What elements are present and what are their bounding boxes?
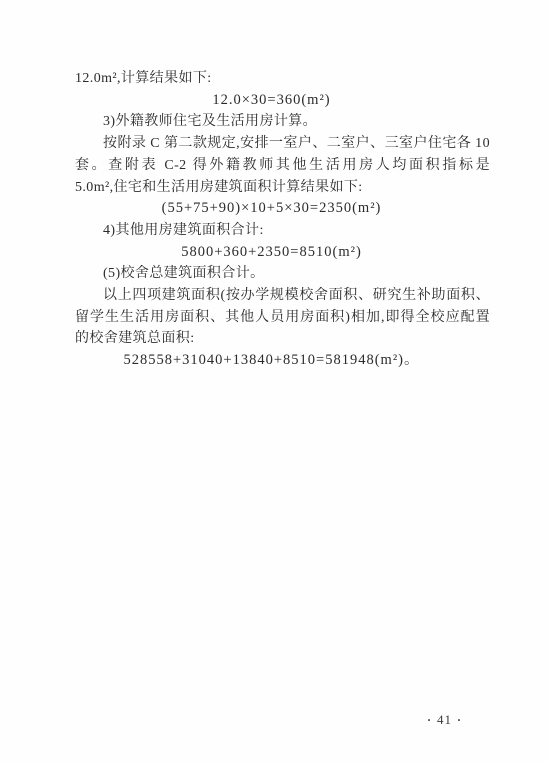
page-content: 12.0m²,计算结果如下: 12.0×30=360(m²) 3)外籍教师住宅及… bbox=[75, 68, 490, 372]
formula-line-2: (55+75+90)×10+5×30=2350(m²) bbox=[75, 198, 490, 220]
page-number-dot-right: · bbox=[457, 713, 462, 727]
body-line-8: 以上四项建筑面积(按办学规模校舍面积、研究生补助面积、 bbox=[75, 285, 490, 307]
body-line-10: 的校舍建筑总面积: bbox=[75, 328, 490, 350]
body-line-2: 3)外籍教师住宅及生活用房计算。 bbox=[75, 111, 490, 133]
body-line-4: 套。查附表 C-2 得外籍教师其他生活用房人均面积指标是 bbox=[75, 155, 490, 177]
body-line-3: 按附录 C 第二款规定,安排一室户、二室户、三室户住宅各 10 bbox=[75, 133, 490, 155]
formula-line-3: 5800+360+2350=8510(m²) bbox=[75, 242, 490, 264]
page-number-dot-left: · bbox=[427, 713, 432, 727]
body-line-6: 4)其他用房建筑面积合计: bbox=[75, 220, 490, 242]
body-line-1: 12.0m²,计算结果如下: bbox=[75, 68, 490, 90]
page-number: ·41· bbox=[422, 711, 467, 729]
body-line-9: 留学生生活用房面积、其他人员用房面积)相加,即得全校应配置 bbox=[75, 307, 490, 329]
formula-line-4: 528558+31040+13840+8510=581948(m²)。 bbox=[75, 350, 490, 372]
body-line-5: 5.0m²,住宅和生活用房建筑面积计算结果如下: bbox=[75, 177, 490, 199]
formula-line-1: 12.0×30=360(m²) bbox=[75, 90, 490, 112]
document-page: 12.0m²,计算结果如下: 12.0×30=360(m²) 3)外籍教师住宅及… bbox=[0, 0, 548, 763]
body-line-7: (5)校舍总建筑面积合计。 bbox=[75, 263, 490, 285]
page-number-value: 41 bbox=[437, 712, 452, 727]
